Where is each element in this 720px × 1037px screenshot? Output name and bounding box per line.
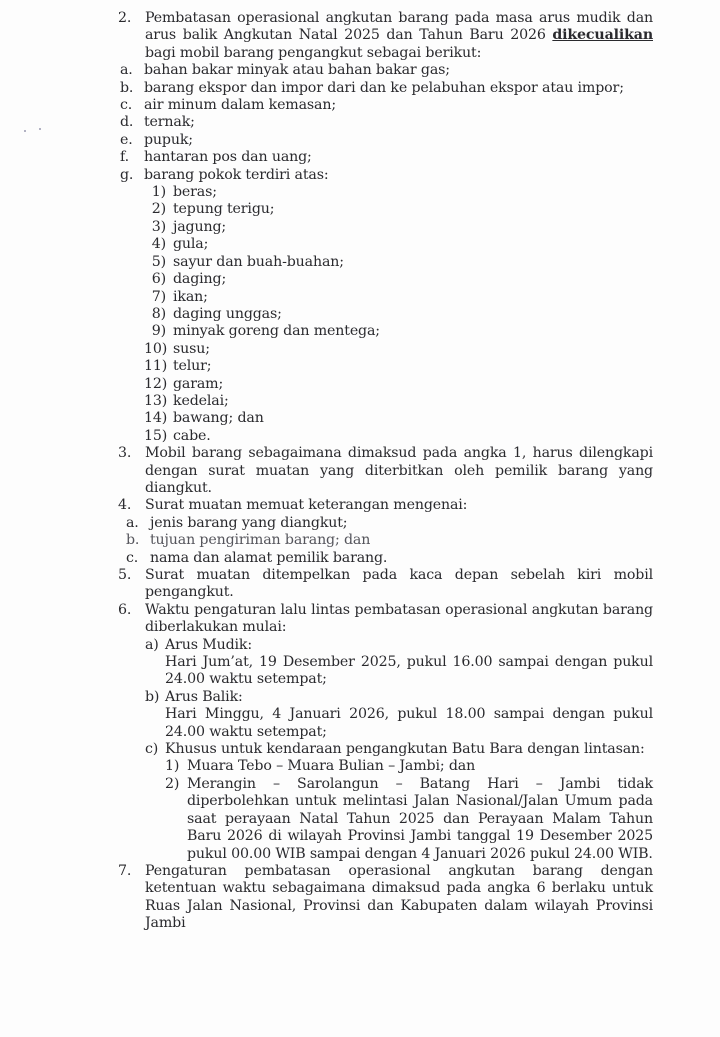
route-text: Muara Tebo – Muara Bulian – Jambi; dan — [187, 758, 475, 774]
item-text: Mobil barang sebagaimana dimaksud pada a… — [145, 445, 653, 496]
sub-item-b: b.tujuan pengiriman barang; dan — [126, 532, 653, 549]
staple-item: 5)sayur dan buah-buahan; — [144, 254, 653, 271]
item-text: Surat muatan ditempelkan pada kaca depan… — [145, 567, 653, 600]
staple-text: minyak goreng dan mentega; — [173, 323, 380, 339]
sub-text: nama dan alamat pemilik barang. — [150, 550, 387, 566]
staple-item: 6)daging; — [144, 271, 653, 288]
schedule-coal-transport: c) Khusus untuk kendaraan pengangkutan B… — [145, 741, 653, 758]
sub-text: barang ekspor dan impor dari dan ke pela… — [144, 80, 624, 96]
sub-label: f. — [120, 149, 129, 166]
item-text: bagi mobil barang pengangkut sebagai ber… — [145, 45, 481, 61]
list-item-5: 5. Surat muatan ditempelkan pada kaca de… — [118, 567, 653, 602]
staple-item: 13)kedelai; — [144, 393, 653, 410]
route-label: 2) — [165, 776, 179, 793]
sub-item-b: b.barang ekspor dan impor dari dan ke pe… — [120, 80, 653, 97]
staple-label: 3) — [144, 219, 166, 236]
staple-item: 11)telur; — [144, 358, 653, 375]
staple-item: 1)beras; — [144, 184, 653, 201]
staple-label: 2) — [144, 201, 166, 218]
scanned-document-page: 2. Pembatasan operasional angkutan baran… — [0, 0, 720, 1037]
staple-text: cabe. — [173, 428, 211, 444]
staple-label: 7) — [144, 289, 166, 306]
staple-text: daging unggas; — [173, 306, 282, 322]
sub-text: jenis barang yang diangkut; — [150, 515, 347, 531]
sub-label: c. — [126, 550, 138, 567]
sub-item-f: f.hantaran pos dan uang; — [120, 149, 653, 166]
cargo-letter-contents-list: a.jenis barang yang diangkut; b.tujuan p… — [118, 515, 653, 567]
sub-item-g: g.barang pokok terdiri atas: — [120, 167, 653, 184]
route-1: 1) Muara Tebo – Muara Bulian – Jambi; da… — [165, 758, 653, 775]
document-body: 2. Pembatasan operasional angkutan baran… — [118, 10, 653, 933]
item-number: 2. — [118, 10, 131, 27]
sub-text: bahan bakar minyak atau bahan bakar gas; — [144, 62, 450, 78]
staple-item: 4)gula; — [144, 236, 653, 253]
staple-text: telur; — [173, 358, 211, 374]
staple-item: 8)daging unggas; — [144, 306, 653, 323]
sub-text: Hari Jum’at, 19 Desember 2025, pukul 16.… — [165, 654, 653, 689]
staple-label: 14) — [144, 410, 166, 427]
staple-label: 13) — [144, 393, 166, 410]
staple-label: 5) — [144, 254, 166, 271]
staple-label: 9) — [144, 323, 166, 340]
list-item-3: 3. Mobil barang sebagaimana dimaksud pad… — [118, 445, 653, 497]
sub-item-c: c.nama dan alamat pemilik barang. — [126, 550, 653, 567]
scan-speck — [24, 130, 26, 132]
staple-item: 15)cabe. — [144, 428, 653, 445]
staple-item: 9)minyak goreng dan mentega; — [144, 323, 653, 340]
item-number: 5. — [118, 567, 131, 584]
schedule-list: a) Arus Mudik: Hari Jum’at, 19 Desember … — [145, 637, 653, 863]
sub-label: b) — [145, 689, 159, 706]
staple-label: 10) — [144, 341, 166, 358]
sub-label: g. — [120, 167, 133, 184]
staple-label: 12) — [144, 376, 166, 393]
staple-text: kedelai; — [173, 393, 229, 409]
sub-label: d. — [120, 114, 133, 131]
sub-label: c) — [145, 741, 158, 758]
list-item-7: 7. Pengaturan pembatasan operasional ang… — [118, 863, 653, 933]
list-item-2: 2. Pembatasan operasional angkutan baran… — [118, 10, 653, 62]
staple-label: 1) — [144, 184, 166, 201]
staple-item: 14)bawang; dan — [144, 410, 653, 427]
schedule-arus-balik: b) Arus Balik: Hari Minggu, 4 Januari 20… — [145, 689, 653, 741]
sub-title: Khusus untuk kendaraan pengangkutan Batu… — [165, 741, 653, 758]
list-item-4: 4. Surat muatan memuat keterangan mengen… — [118, 497, 653, 514]
staple-text: gula; — [173, 236, 208, 252]
route-text: Merangin – Sarolangun – Batang Hari – Ja… — [187, 776, 653, 862]
schedule-arus-mudik: a) Arus Mudik: Hari Jum’at, 19 Desember … — [145, 637, 653, 689]
sub-item-e: e.pupuk; — [120, 132, 653, 149]
item-text: Pengaturan pembatasan operasional angkut… — [145, 863, 653, 931]
sub-label: a. — [126, 515, 139, 532]
sub-text: tujuan pengiriman barang; dan — [150, 532, 370, 548]
staple-item: 2)tepung terigu; — [144, 201, 653, 218]
sub-label: a. — [120, 62, 133, 79]
exceptions-list: a.bahan bakar minyak atau bahan bakar ga… — [118, 62, 653, 445]
item-number: 7. — [118, 863, 131, 880]
staple-text: sayur dan buah-buahan; — [173, 254, 344, 270]
item-number: 6. — [118, 602, 131, 619]
staple-label: 6) — [144, 271, 166, 288]
staple-goods-list: 1)beras;2)tepung terigu;3)jagung;4)gula;… — [118, 184, 653, 445]
sub-text: barang pokok terdiri atas: — [144, 167, 329, 183]
staple-label: 8) — [144, 306, 166, 323]
staple-text: bawang; dan — [173, 410, 264, 426]
staple-text: tepung terigu; — [173, 201, 274, 217]
staple-label: 11) — [144, 358, 166, 375]
sub-label: c. — [120, 97, 132, 114]
route-label: 1) — [165, 758, 179, 775]
sub-item-a: a.bahan bakar minyak atau bahan bakar ga… — [120, 62, 653, 79]
scan-speck — [39, 128, 41, 130]
list-item-6: 6. Waktu pengaturan lalu lintas pembatas… — [118, 602, 653, 637]
staple-text: daging; — [173, 271, 226, 287]
sub-label: e. — [120, 132, 133, 149]
staple-item: 10)susu; — [144, 341, 653, 358]
staple-label: 4) — [144, 236, 166, 253]
sub-text: hantaran pos dan uang; — [144, 149, 312, 165]
sub-text: air minum dalam kemasan; — [144, 97, 336, 113]
sub-item-a: a.jenis barang yang diangkut; — [126, 515, 653, 532]
item-number: 4. — [118, 497, 131, 514]
item-text: Surat muatan memuat keterangan mengenai: — [145, 497, 467, 513]
item-text: Waktu pengaturan lalu lintas pembatasan … — [145, 602, 653, 635]
staple-text: susu; — [173, 341, 210, 357]
sub-label: a) — [145, 637, 159, 654]
sub-label: b. — [126, 532, 139, 549]
staple-item: 12)garam; — [144, 376, 653, 393]
sub-title: Arus Mudik: — [165, 637, 653, 654]
staple-item: 3)jagung; — [144, 219, 653, 236]
route-2: 2) Merangin – Sarolangun – Batang Hari –… — [165, 776, 653, 863]
sub-item-c: c.air minum dalam kemasan; — [120, 97, 653, 114]
staple-item: 7)ikan; — [144, 289, 653, 306]
staple-text: garam; — [173, 376, 223, 392]
sub-text: Hari Minggu, 4 Januari 2026, pukul 18.00… — [165, 706, 653, 741]
sub-label: b. — [120, 80, 133, 97]
sub-title: Arus Balik: — [165, 689, 653, 706]
staple-label: 15) — [144, 428, 166, 445]
sub-item-d: d.ternak; — [120, 114, 653, 131]
item-number: 3. — [118, 445, 131, 462]
sub-text: pupuk; — [144, 132, 193, 148]
staple-text: ikan; — [173, 289, 208, 305]
staple-text: jagung; — [173, 219, 226, 235]
sub-text: ternak; — [144, 114, 195, 130]
emphasis-text: dikecualikan — [552, 27, 653, 43]
staple-text: beras; — [173, 184, 217, 200]
